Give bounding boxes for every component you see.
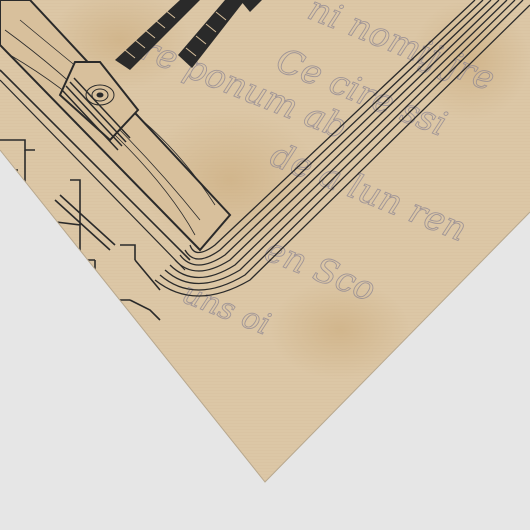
paper-corner: ni nomij jre Ce cire ssi re ponum ab de … xyxy=(0,0,530,530)
product-photo: ni nomij jre Ce cire ssi re ponum ab de … xyxy=(0,0,530,530)
paper-surface: ni nomij jre Ce cire ssi re ponum ab de … xyxy=(0,0,530,530)
